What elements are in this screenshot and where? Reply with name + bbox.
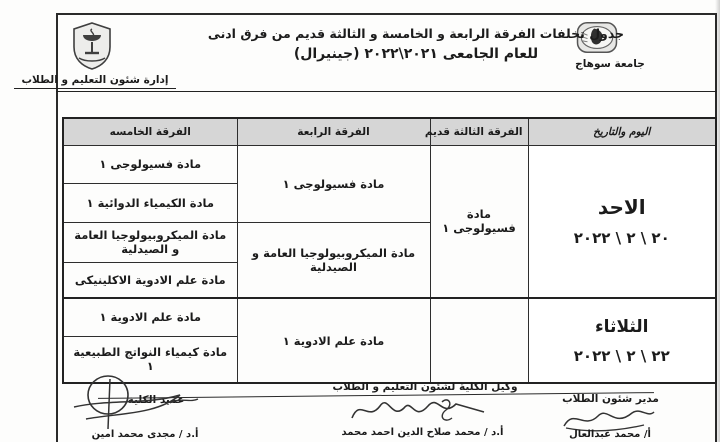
- col-header-fifth: الفرقة الخامسه: [63, 118, 237, 145]
- sunday-fifth-cell-3: مادة الميكروبيولوجيا العامة و الصيدلية: [63, 222, 237, 262]
- tuesday-fifth-cell-1: مادة علم الادوية ١: [63, 298, 237, 336]
- sunday-fourth-cell-1: مادة فسيولوجى ١: [237, 145, 430, 222]
- sunday-fifth-cell-2: مادة الكيمياء الدوائية ١: [63, 183, 237, 222]
- title-line-2: للعام الجامعى ٢٠٢١\٢٠٢٢ (جينيرال): [196, 46, 636, 62]
- tuesday-day-name: الثلاثاء: [534, 317, 711, 337]
- signatory-name-dean: أ.د / مجدى محمد امين: [70, 429, 220, 440]
- sunday-fifth-cell-4: مادة علم الادوية الاكلينيكى: [63, 262, 237, 298]
- header-row: اليوم والتاريخ الفرقة الثالثة قديم الفرق…: [63, 118, 716, 145]
- tuesday-day-cell: الثلاثاء ٢٢ \ ٢ \ ٢٠٢٢: [528, 298, 716, 383]
- department-name: إدارة شئون التعليم و الطلاب: [14, 74, 176, 89]
- sunday-third-old-cell: مادة فسيولوجى ١: [430, 145, 528, 298]
- tuesday-date: ٢٢ \ ٢ \ ٢٠٢٢: [534, 347, 711, 365]
- pharmacy-faculty-logo: [70, 21, 114, 71]
- sunday-fifth-cell-1: مادة فسيولوجى ١: [63, 145, 237, 183]
- signature-vice-dean: [346, 392, 496, 426]
- signatory-name-vice-dean: أ.د / محمد صلاح الدين احمد محمد: [320, 427, 525, 438]
- signatory-name-student-affairs-director: أ/ محمد عبدالعال: [535, 429, 685, 440]
- schedule-table: اليوم والتاريخ الفرقة الثالثة قديم الفرق…: [62, 117, 717, 384]
- faculty-block: [70, 21, 132, 71]
- tuesday-third-old-cell: [430, 298, 528, 383]
- signature-dean: [60, 373, 220, 431]
- col-header-third-old: الفرقة الثالثة قديم: [430, 118, 528, 145]
- document-page: جامعة سوهاج إدارة شئون التعليم و الطلاب …: [56, 13, 717, 442]
- scanned-document: جامعة سوهاج إدارة شئون التعليم و الطلاب …: [0, 0, 720, 442]
- table-row: الاحد ٢٠ \ ٢ \ ٢٠٢٢ مادة فسيولوجى ١ مادة…: [63, 145, 716, 183]
- signature-student-affairs-director: [556, 404, 661, 432]
- tuesday-fourth-cell-1: مادة علم الادوية ١: [237, 298, 430, 383]
- title-line-1: جدول تخلفات الفرقة الرابعة و الخامسة و ا…: [196, 26, 636, 41]
- sunday-fourth-cell-2: مادة الميكروبيولوجيا العامة و الصيدلية: [237, 222, 430, 298]
- document-title: جدول تخلفات الفرقة الرابعة و الخامسة و ا…: [196, 26, 636, 62]
- col-header-fourth: الفرقة الرابعة: [237, 118, 430, 145]
- table-row: الثلاثاء ٢٢ \ ٢ \ ٢٠٢٢ مادة علم الادوية …: [63, 298, 716, 336]
- sunday-date: ٢٠ \ ٢ \ ٢٠٢٢: [534, 229, 711, 247]
- scan-edge-shadow: [715, 0, 720, 442]
- sunday-day-name: الاحد: [534, 195, 711, 219]
- col-header-day-date: اليوم والتاريخ: [528, 118, 716, 145]
- sunday-day-cell: الاحد ٢٠ \ ٢ \ ٢٠٢٢: [528, 145, 716, 298]
- header-divider: [56, 91, 717, 92]
- schedule-table-wrap: اليوم والتاريخ الفرقة الثالثة قديم الفرق…: [62, 117, 717, 384]
